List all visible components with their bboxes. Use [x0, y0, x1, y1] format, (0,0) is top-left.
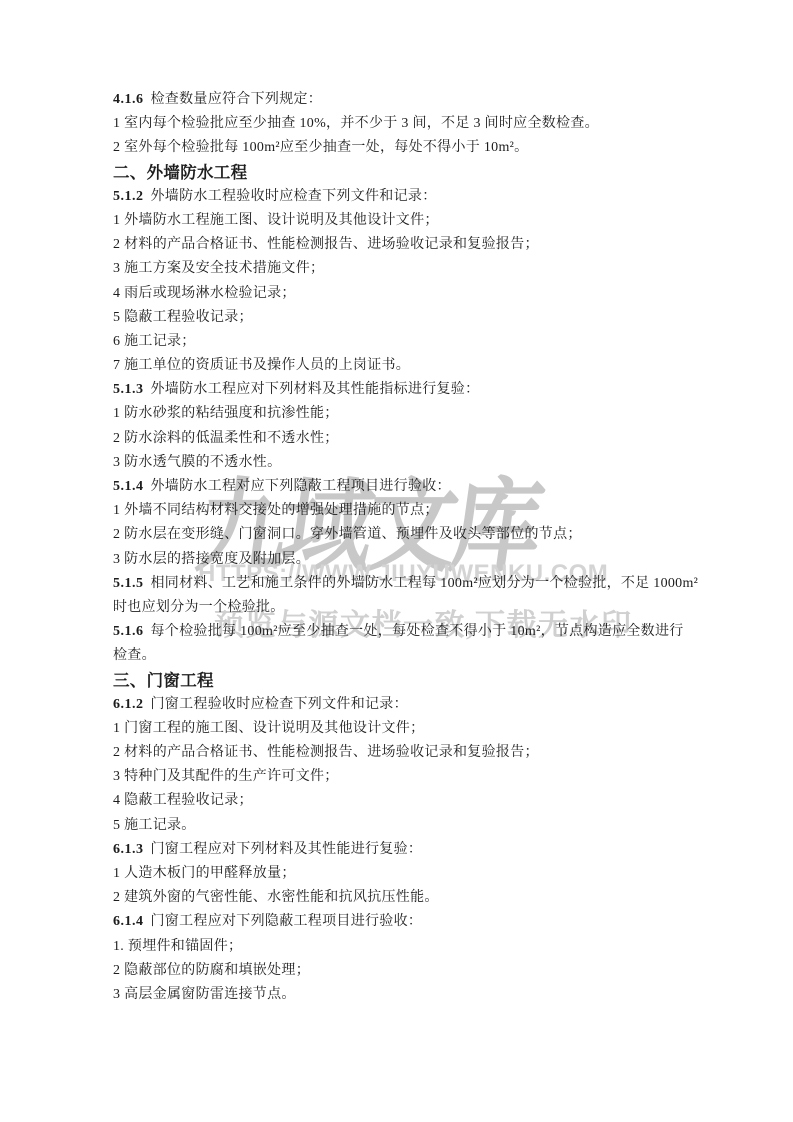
document-page: 九域文库 HTTPS://WWW.JIUYUWENKU.COM 预览与源文档一致…: [0, 0, 793, 1122]
text-line: 2 室外每个检验批每 100m²应至少抽查一处，每处不得小于 10m²。: [113, 136, 685, 160]
clause-line: 5.1.4外墙防水工程对应下列隐蔽工程项目进行验收：: [113, 475, 685, 499]
text-line: 时也应划分为一个检验批。: [113, 596, 685, 620]
text-line: 检查。: [113, 644, 685, 668]
clause-line: 5.1.5相同材料、工艺和施工条件的外墙防水工程每 100m²应划分为一个检验批…: [113, 572, 685, 596]
clause-line: 5.1.3外墙防水工程应对下列材料及其性能指标进行复验：: [113, 378, 685, 402]
clause-text: 外墙防水工程应对下列材料及其性能指标进行复验：: [151, 382, 480, 397]
text-line: 3 防水透气膜的不透水性。: [113, 451, 685, 475]
text-line: 1 外墙防水工程施工图、设计说明及其他设计文件；: [113, 209, 685, 233]
text-line: 1 外墙不同结构材料交接处的增强处理措施的节点；: [113, 499, 685, 523]
clause-line: 5.1.2外墙防水工程验收时应检查下列文件和记录：: [113, 185, 685, 209]
text-line: 5 施工记录。: [113, 814, 685, 838]
text-line: 3 施工方案及安全技术措施文件；: [113, 257, 685, 281]
clause-number: 5.1.2: [113, 189, 144, 204]
text-line: 2 隐蔽部位的防腐和填嵌处理；: [113, 959, 685, 983]
clause-number: 5.1.5: [113, 576, 144, 591]
clause-text: 门窗工程应对下列隐蔽工程项目进行验收：: [151, 914, 423, 929]
clause-line: 6.1.2门窗工程验收时应检查下列文件和记录：: [113, 693, 685, 717]
text-line: 1 人造木板门的甲醛释放量；: [113, 862, 685, 886]
clause-number: 6.1.4: [113, 914, 144, 929]
text-line: 1 门窗工程的施工图、设计说明及其他设计文件；: [113, 717, 685, 741]
text-line: 1. 预埋件和锚固件；: [113, 935, 685, 959]
clause-line: 6.1.4门窗工程应对下列隐蔽工程项目进行验收：: [113, 910, 685, 934]
text-line: 5 隐蔽工程验收记录；: [113, 306, 685, 330]
clause-text: 外墙防水工程验收时应检查下列文件和记录：: [151, 189, 437, 204]
text-line: 6 施工记录；: [113, 330, 685, 354]
text-line: 1 室内每个检验批应至少抽查 10%，并不少于 3 间，不足 3 间时应全数检查…: [113, 112, 685, 136]
text-line: 1 防水砂浆的粘结强度和抗渗性能；: [113, 402, 685, 426]
clause-line: 6.1.3门窗工程应对下列材料及其性能进行复验：: [113, 838, 685, 862]
clause-text: 门窗工程验收时应检查下列文件和记录：: [151, 697, 408, 712]
section-heading: 二、外墙防水工程: [113, 161, 685, 185]
text-line: 2 防水层在变形缝、门窗洞口。穿外墙管道、预埋件及收头等部位的节点；: [113, 523, 685, 547]
text-line: 4 雨后或现场淋水检验记录；: [113, 282, 685, 306]
clause-number: 5.1.3: [113, 382, 144, 397]
clause-text: 外墙防水工程对应下列隐蔽工程项目进行验收：: [151, 479, 451, 494]
text-line: 2 材料的产品合格证书、性能检测报告、进场验收记录和复验报告；: [113, 741, 685, 765]
section-heading: 三、门窗工程: [113, 669, 685, 693]
text-line: 4 隐蔽工程验收记录；: [113, 789, 685, 813]
clause-number: 6.1.2: [113, 697, 144, 712]
clause-line: 5.1.6每个检验批每 100m²应至少抽查一处，每处检查不得小于 10m²，节…: [113, 620, 685, 644]
clause-text: 相同材料、工艺和施工条件的外墙防水工程每 100m²应划分为一个检验批，不足 1…: [151, 576, 699, 591]
clause-number: 5.1.4: [113, 479, 144, 494]
text-line: 3 特种门及其配件的生产许可文件；: [113, 765, 685, 789]
clause-text: 门窗工程应对下列材料及其性能进行复验：: [151, 842, 423, 857]
clause-number: 5.1.6: [113, 624, 144, 639]
text-line: 3 高层金属窗防雷连接节点。: [113, 983, 685, 1007]
text-line: 2 建筑外窗的气密性能、水密性能和抗风抗压性能。: [113, 886, 685, 910]
text-line: 2 防水涂料的低温柔性和不透水性；: [113, 427, 685, 451]
clause-number: 4.1.6: [113, 92, 144, 107]
text-line: 7 施工单位的资质证书及操作人员的上岗证书。: [113, 354, 685, 378]
text-line: 3 防水层的搭接宽度及附加层。: [113, 548, 685, 572]
clause-text: 检查数量应符合下列规定：: [151, 92, 323, 107]
text-line: 2 材料的产品合格证书、性能检测报告、进场验收记录和复验报告；: [113, 233, 685, 257]
clause-text: 每个检验批每 100m²应至少抽查一处，每处检查不得小于 10m²，节点构造应全…: [151, 624, 684, 639]
document-body: 4.1.6检查数量应符合下列规定：1 室内每个检验批应至少抽查 10%，并不少于…: [113, 88, 685, 1007]
clause-line: 4.1.6检查数量应符合下列规定：: [113, 88, 685, 112]
clause-number: 6.1.3: [113, 842, 144, 857]
